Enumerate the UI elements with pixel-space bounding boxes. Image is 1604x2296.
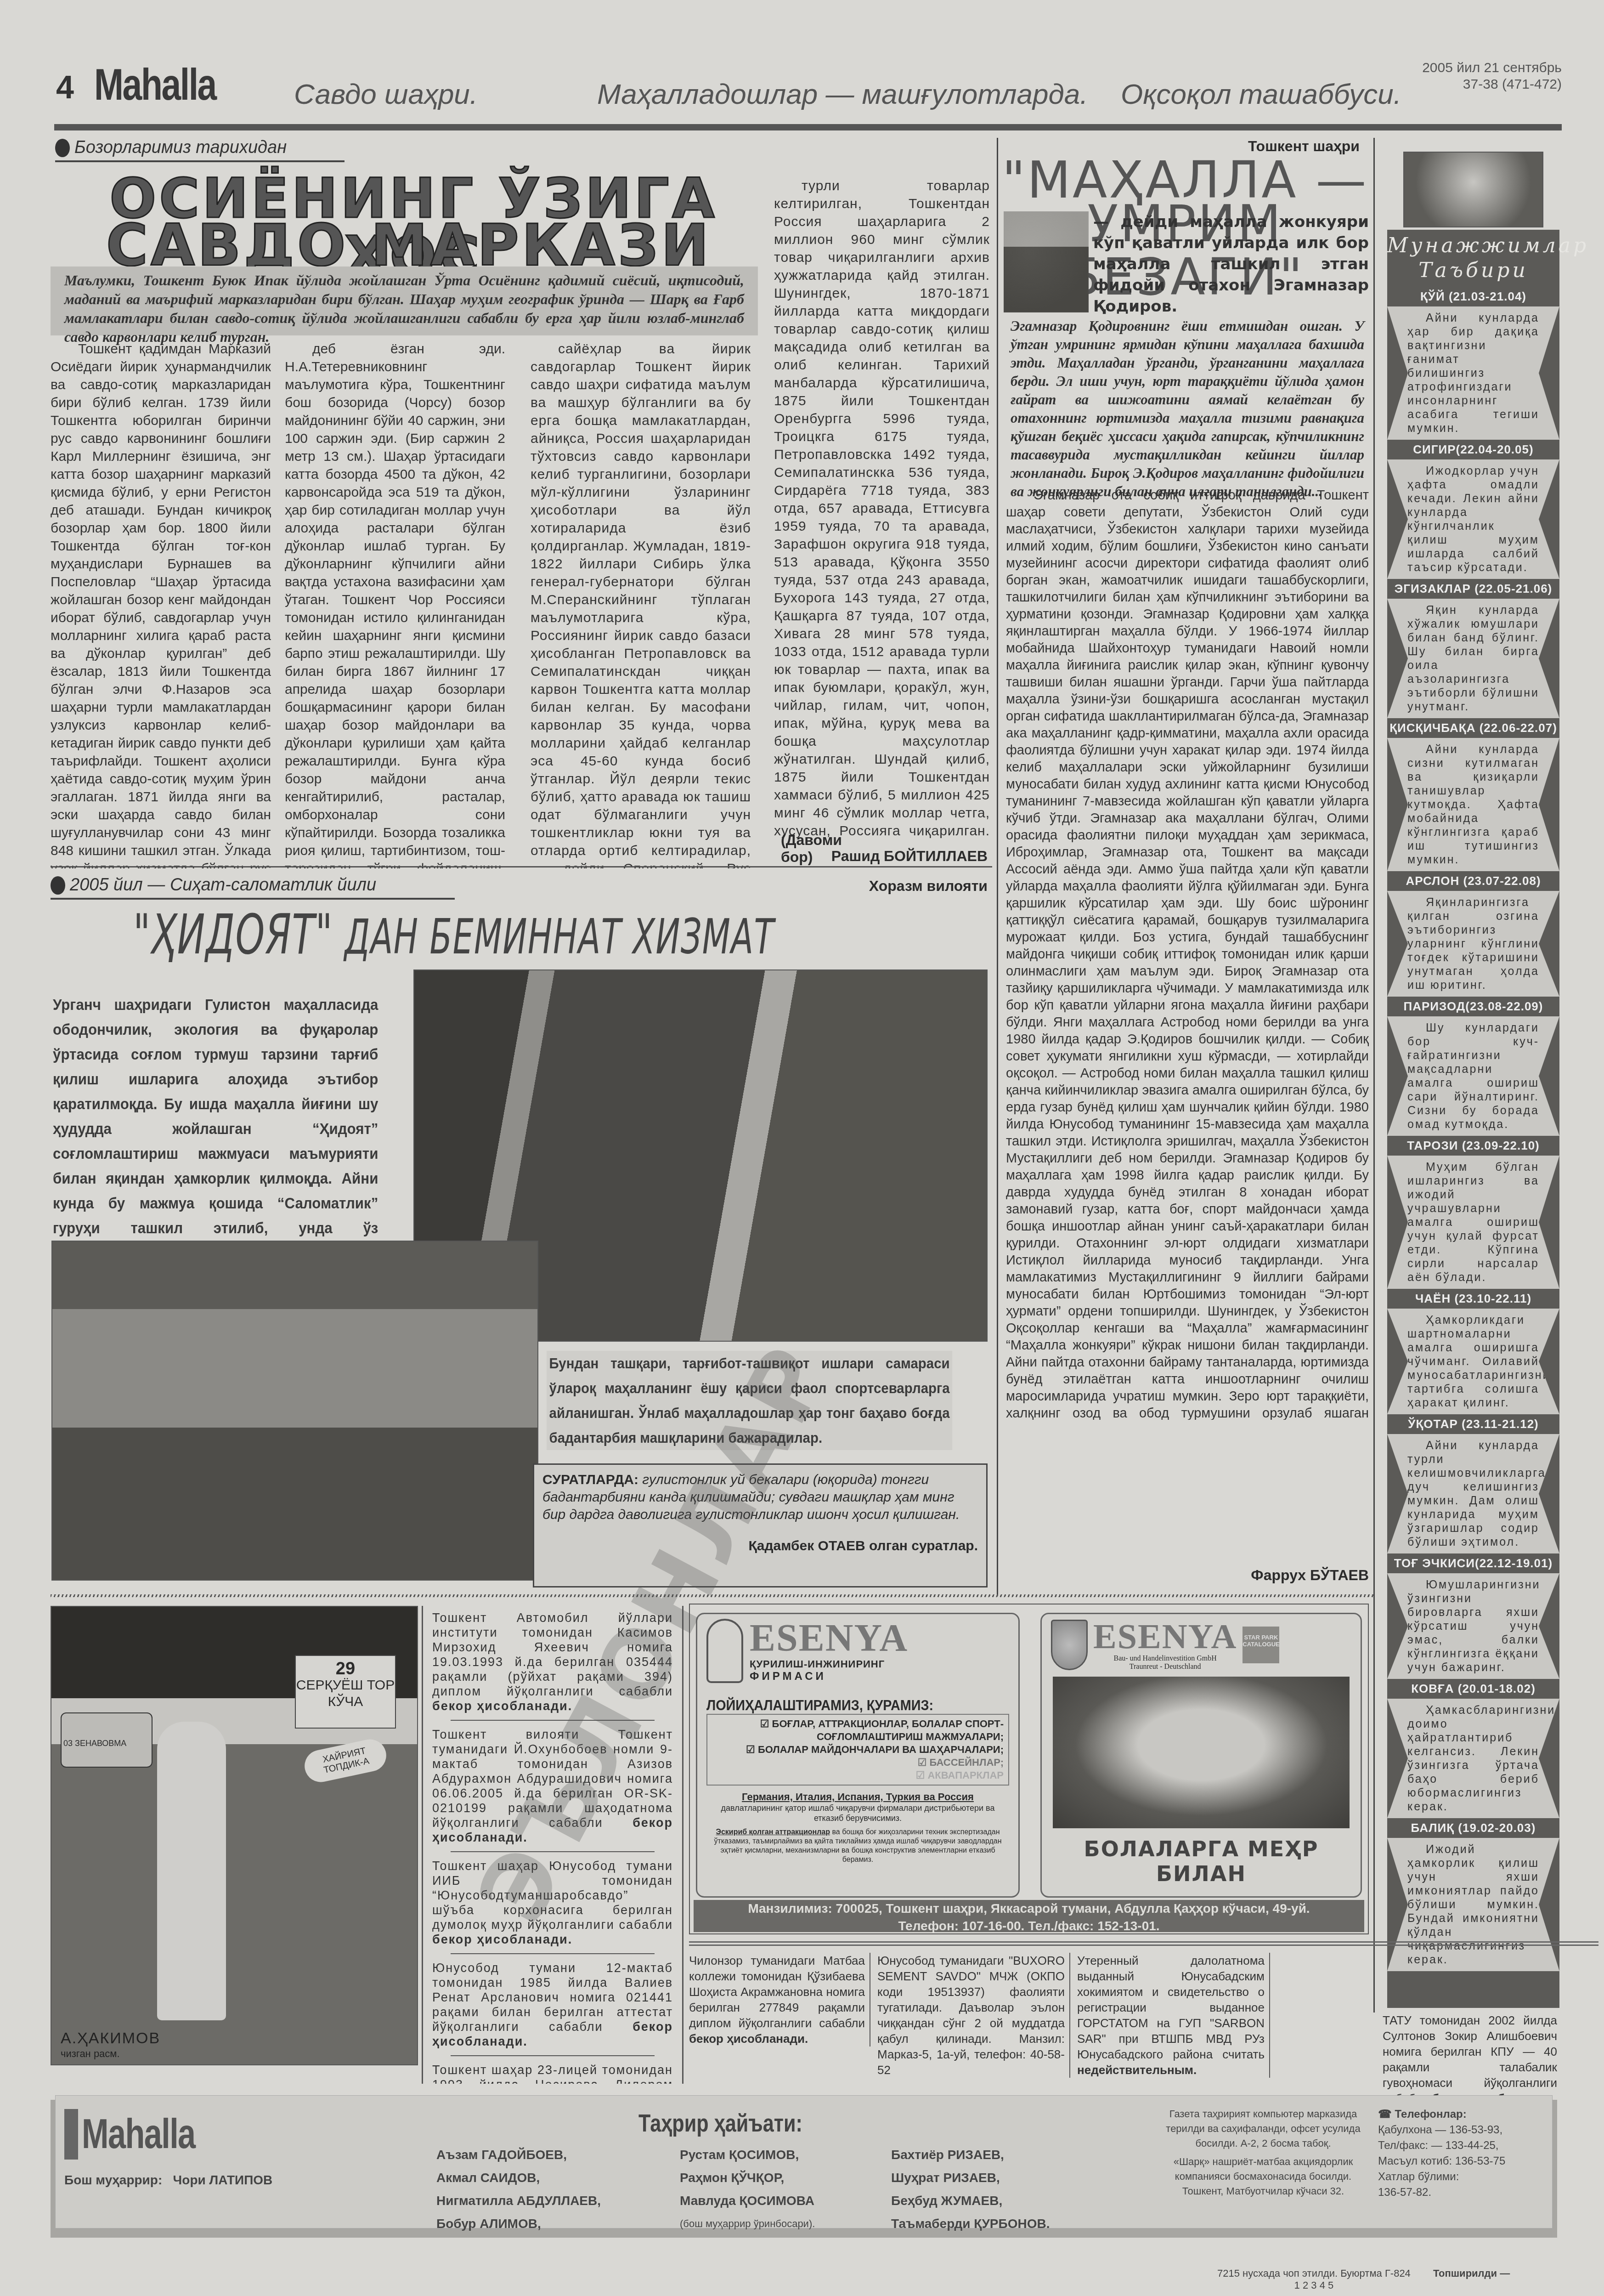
ad-left-countries-text: давлатларининг қатор ишлаб чиқарувчи фир… — [706, 1803, 1009, 1823]
ad-right-slogan: БОЛАЛАРГА МЕҲР БИЛАН — [1051, 1837, 1351, 1886]
column-divider — [997, 138, 998, 1594]
cartoon-artist-sub: чизган расм. — [61, 2048, 120, 2060]
sign-pisces: БАЛИҚ (19.02-20.03)Ижодий ҳамкорлик қили… — [1387, 1818, 1559, 1971]
notice-3: Тошкент шаҳар Юнусобод тумани ИИБ томони… — [432, 1859, 673, 1947]
ad-right-header: ESENYA Bau- und Handelinvestition GmbH T… — [1051, 1619, 1351, 1671]
ad-list-item: ☑ БАССЕЙНЛАР; — [712, 1756, 1004, 1769]
carousel-photo — [1053, 1677, 1350, 1828]
rubric-health: 2005 йил — Сиҳат-саломатлик йили — [51, 875, 455, 900]
ad-right-sub2: Traunreut - Deutschland — [1093, 1663, 1237, 1671]
cartoon-doctor-figure — [157, 1722, 226, 2020]
sign-scorpio: ЧАЁН (23.10-22.11)Ҳамкорликдаги шартнома… — [1387, 1289, 1559, 1414]
chief-editor: Бош муҳаррир: Чори ЛАТИПОВ — [64, 2169, 272, 2192]
horoscope-signs: ҚЎЙ (21.03-21.04)Айни кунларда ҳар бир д… — [1387, 287, 1559, 1971]
footer-logo-mark-icon — [64, 2109, 78, 2160]
cartoon-artist: А.ҲАКИМОВ — [61, 2030, 160, 2047]
cartoon-ambulance: 03 ЗЕНАВОВМА — [61, 1712, 152, 1768]
notice-4: Юнусобод тумани 12-мактаб томонидан 1985… — [432, 1961, 673, 2049]
trade-column-2: деб ёзган эди. Н.А.Тетеревниковнинг маъл… — [285, 340, 505, 868]
ad-left-sub1: ҚУРИЛИШ-ИНЖИНИРИНГ — [750, 1658, 908, 1670]
heart-logo-icon — [706, 1619, 743, 1683]
sign-capricorn: ТОҒ ЭЧКИСИ(22.12-19.01)Юмушларингизни ўз… — [1387, 1553, 1559, 1679]
board-col-2: Рустам ҚОСИМОВ,Раҳмон ҚЎЧҚОР,Мавлуда ҚОС… — [680, 2143, 815, 2235]
section-rule — [51, 866, 992, 867]
notice-bottom-2: Юнусобод туманидаги "BUXORO SEMENT SAVDO… — [877, 1953, 1070, 2078]
teaser-3[interactable]: Оқсоқол ташаббуси. — [1121, 78, 1401, 111]
ad-list-item: ☑ БОҒЛАР, АТТРАКЦИОНЛАР, БОЛАЛАР СПОРТ-С… — [712, 1718, 1004, 1743]
notices-column: Тошкент Автомобил йўллари институти томо… — [422, 1606, 683, 2084]
trade-column-4: турли товарлар келтирилган, Тошкентдан Р… — [774, 177, 990, 843]
trade-column-3: сайёҳлар ва йирик савдогарлар Тошкент йи… — [531, 340, 751, 868]
star-park-badge: STAR PARK CATALOGUE — [1243, 1627, 1279, 1663]
sign-cancer: ҚИСҚИЧБАҚА (22.06-22.07)Айни кунларда си… — [1387, 718, 1559, 871]
circulation-info: 7215 нусхада чоп этилди. Буюртма Г-824 1… — [1217, 2268, 1411, 2291]
headline-health: "ҲИДОЯТ"ДАН БЕМИННАТ ХИЗМАТ — [133, 903, 1006, 967]
board-col-1: Аъзам ГАДОЙБОЕВ,Акмал САИДОВ,Нигматилла … — [436, 2143, 601, 2235]
photo-elder-portrait — [1004, 211, 1089, 312]
sign-taurus: СИГИР(22.04-20.05)Ижодкорлар учун ҳафта … — [1387, 440, 1559, 579]
cartoon-speech-bubble: ХАЙРИЯТ ТОПДИК-А — [302, 1736, 390, 1785]
notice-separator — [451, 1953, 655, 1954]
photo-pool — [51, 1241, 538, 1581]
inset-health: Бундан ташқари, тарғибот-ташвиқот ишлари… — [547, 1351, 952, 1450]
page-number: 4 — [56, 69, 74, 106]
teaser-2[interactable]: Маҳалладошлар — машғулотларда. — [597, 78, 1088, 111]
teaser-1[interactable]: Савдо шаҳри. — [294, 78, 478, 111]
print-info: Газета таҳририят компьютер марказида тер… — [1158, 2107, 1369, 2199]
horoscope-panel: Мунажжимлар Таъбири ҚЎЙ (21.03-21.04)Айн… — [1387, 230, 1559, 2008]
subhead-elder: — дейди маҳалла жонкуяри кўп қаватли уйл… — [1093, 211, 1369, 317]
notice-1: Тошкент Автомобил йўллари институти томо… — [432, 1610, 673, 1713]
ad-esenya-construction[interactable]: ESENYA ҚУРИЛИШ-ИНЖИНИРИНГ ФИРМАСИ ЛОЙИҲА… — [696, 1613, 1020, 1898]
ad-left-sub2: ФИРМАСИ — [750, 1670, 908, 1683]
ad-left-list: ☑ БОҒЛАР, АТТРАКЦИОНЛАР, БОЛАЛАР СПОРТ-С… — [706, 1714, 1009, 1786]
author-elder: Фаррух БЎТАЕВ — [1148, 1567, 1369, 1584]
ad-left-slogan: ЛОЙИҲАЛАШТИРАМИЗ, ҚУРАМИЗ: — [706, 1697, 979, 1714]
double-rule — [689, 1941, 1598, 1946]
rubric-bullet-icon — [55, 139, 70, 157]
phones-block: ☎ Телефонлар: Қабулхона — 136-53-93,Тел/… — [1378, 2107, 1553, 2200]
trade-column-1: Тошкент қадимдан Марказий Осиёдаги йирик… — [51, 340, 271, 868]
caption-label: СУРАТЛАРДА: — [542, 1472, 638, 1487]
ad-address-bar: Манзилимиз: 700025, Тошкент шаҳри, Яккас… — [694, 1900, 1364, 1932]
ad-left-brand: ESENYA — [750, 1619, 908, 1658]
rubric-trade: Бозорларимиз тарихидан — [55, 138, 345, 162]
sign-virgo: ПАРИЗОД(23.08-22.09)Шу кунлардаги бор ку… — [1387, 997, 1559, 1136]
notice-2: Тошкент вилояти Тошкент туманидаги Й.Оху… — [432, 1727, 673, 1845]
ad-right-sub1: Bau- und Handelinvestition GmbH — [1093, 1655, 1237, 1663]
photo-astrologer — [1403, 152, 1543, 227]
cartoon-street-sign: 29 СЕРҚУЁШ ТОР КЎЧА — [295, 1655, 396, 1729]
place-khorezm: Хоразм вилояти — [781, 878, 988, 895]
cartoon: 29 СЕРҚУЁШ ТОР КЎЧА ХАЙРИЯТ ТОПДИК-А 03 … — [51, 1606, 418, 2065]
horoscope-title: Мунажжимлар Таъбири — [1387, 230, 1559, 287]
notice-bottom-4: ТАТУ томонидан 2002 йилда Султонов Зокир… — [1383, 2013, 1557, 2106]
photo-credit: Қадамбек ОТАЕВ олган суратлар. — [542, 1537, 978, 1555]
sign-gemini: ЭГИЗАКЛАР (22.05-21.06)Яқин кунларда хўж… — [1387, 579, 1559, 718]
caption-box: СУРАТЛАРДА: гулистонлик уй бекалари (юқо… — [533, 1463, 988, 1587]
dateline: 2005 йил 21 сентябрь 37-38 (471-472) — [1378, 60, 1562, 93]
ad-left-countries: Германия, Италия, Испания, Туркия ва Рос… — [706, 1791, 1009, 1803]
notice-5: Тошкент шаҳар 23-лицей томонидан 1993 йи… — [432, 2063, 673, 2084]
handed-over: Топширилди — — [1433, 2268, 1510, 2279]
sign-aquarius: КОВҒА (20.01-18.02)Ҳамкасбларингизни дои… — [1387, 1679, 1559, 1818]
lead-trade: Маълумки, Тошкент Буюк Ипак йўлида жойла… — [51, 266, 758, 335]
issue-date: 2005 йил 21 сентябрь — [1378, 60, 1562, 76]
notice-separator — [451, 2055, 655, 2056]
masthead-logo: Mahalla — [94, 60, 216, 110]
hatched-rule — [51, 1594, 1373, 1597]
lead-elder: Эгамназар Қодировнинг ёши етмишдан ошган… — [1006, 317, 1369, 482]
notice-bottom-3: Утеренный далолатнома выданный Юнусабадс… — [1077, 1953, 1270, 2078]
sign-aries: ҚЎЙ (21.03-21.04)Айни кунларда ҳар бир д… — [1387, 287, 1559, 440]
author-trade: Рашид БОЙТИЛЛАЕВ — [781, 848, 988, 865]
rubric-bullet-icon — [51, 876, 65, 895]
issue-number: 37-38 (471-472) — [1378, 76, 1562, 93]
ad-list-item: ☑ АКВАПАРКЛАР — [712, 1769, 1004, 1782]
notice-separator — [451, 1720, 655, 1721]
notice-bottom-1: Чилонзор туманидаги Матбаа коллежи томон… — [689, 1953, 870, 2047]
elder-body: Эгамназар ота собиқ иттифоқ даврида Тошк… — [1006, 487, 1369, 1420]
ad-left-repair: Эскириб қолган аттракционлар ва бошқа бо… — [706, 1828, 1009, 1865]
ad-left-header: ESENYA ҚУРИЛИШ-ИНЖИНИРИНГ ФИРМАСИ — [706, 1619, 1009, 1683]
sign-sagittarius: ЎҚОТАР (23.11-21.12)Айни кунларда турли … — [1387, 1414, 1559, 1553]
masthead-rule — [54, 124, 1562, 130]
sign-libra: ТАРОЗИ (23.09-22.10)Муҳим бўлган ишларин… — [1387, 1136, 1559, 1289]
footer-logo: Mahalla — [64, 2109, 227, 2160]
ad-list-item: ☑ БОЛАЛАР МАЙДОНЧАЛАРИ ВА ШАҲАРЧАЛАРИ; — [712, 1743, 1004, 1756]
column-divider-right — [1373, 138, 1375, 2013]
notice-separator — [451, 1851, 655, 1852]
sign-leo: АРСЛОН (23.07-22.08)Яқинларингизга қилга… — [1387, 871, 1559, 997]
phone-icon-title: ☎ Телефонлар: — [1378, 2107, 1553, 2122]
crest-logo-icon — [1051, 1620, 1088, 1670]
ad-right-brand: ESENYA — [1093, 1619, 1237, 1655]
board-col-3: Бахтиёр РИЗАЕВ,Шуҳрат РИЗАЕВ,Беҳбуд ЖУМА… — [891, 2143, 1050, 2235]
ad-esenya-carousel[interactable]: ESENYA Bau- und Handelinvestition GmbH T… — [1040, 1613, 1362, 1898]
board-title: Таҳрир ҳайъати: — [638, 2109, 802, 2137]
